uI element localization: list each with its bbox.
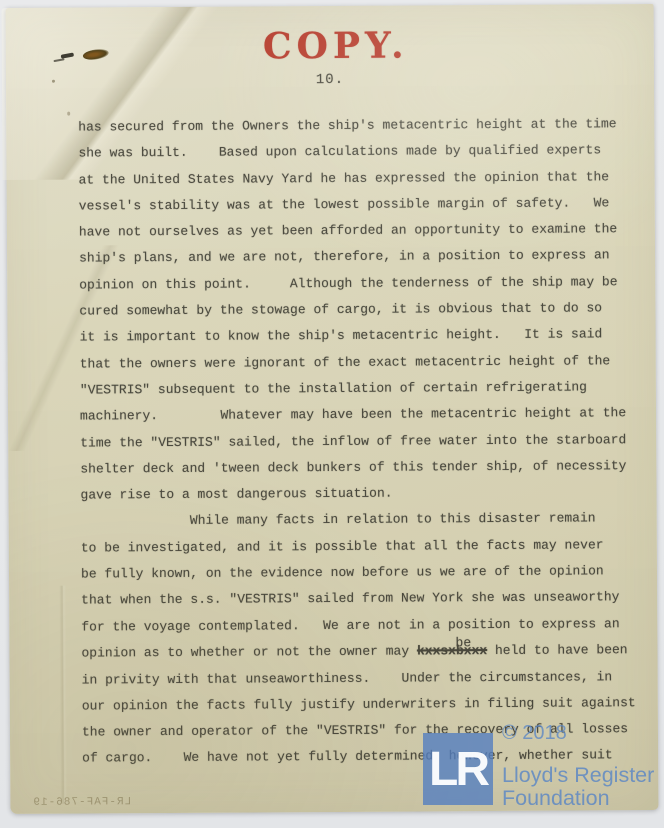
document-page: COPY. 10. has secured from the Owners th… <box>6 4 659 814</box>
page-number: 10. <box>6 70 654 90</box>
scan-background: COPY. 10. has secured from the Owners th… <box>0 0 664 828</box>
inserted-word: be <box>455 630 471 656</box>
fold-crease-bottom-left <box>53 586 72 804</box>
correction-before: opinion as to whether or not the owner m… <box>81 644 417 661</box>
struck-word: kxxsxbxxx <box>417 643 487 658</box>
paper-speck <box>67 112 70 116</box>
correction-after: held to have been <box>487 642 628 658</box>
body-text-block-2: in privity with that unseaworthiness. Un… <box>82 664 653 773</box>
overtyped-correction: kxxsxbxxxbe <box>417 643 487 658</box>
verso-pencil-mark: LR-FAF-786-19 <box>32 796 131 809</box>
body-text-block-1: has secured from the Owners the ship's m… <box>78 111 651 640</box>
copy-stamp: COPY. <box>12 23 660 69</box>
correction-line: opinion as to whether or not the owner m… <box>81 637 651 667</box>
